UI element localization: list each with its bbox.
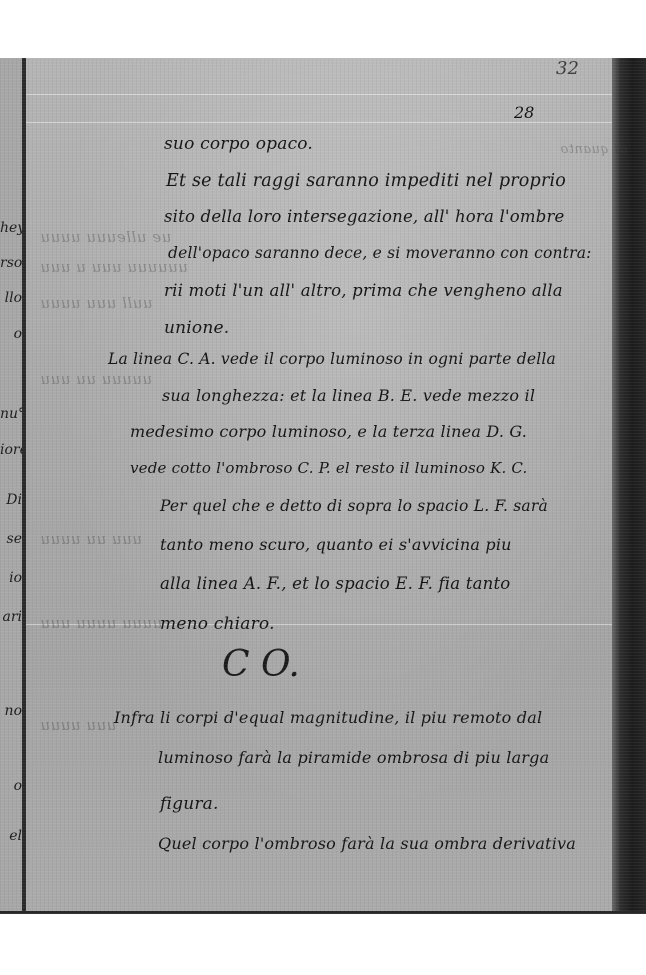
margin-fragment: llo [0,290,22,306]
margin-fragment: se [0,531,22,547]
text-line: tanto meno scuro, quanto ei s'avvicina p… [160,535,512,554]
margin-fragment: nu° [0,406,22,422]
margin-fragment: Di [0,492,22,508]
bleed-through-text: uuuuu uu uuu [40,370,152,388]
text-line: medesimo corpo luminoso, e la terza line… [130,422,527,441]
page-number: 28 [514,103,534,122]
text-line: La linea C. A. vede il corpo luminoso in… [108,350,556,368]
book-spine-shadow [612,58,646,914]
margin-fragment: iore [0,442,22,458]
bleed-through-text: uuuuuu uuu u uuu [40,258,188,276]
bleed-through-text: di quanto [560,142,627,157]
text-line: sito della loro intersegazione, all' hor… [164,207,565,226]
text-line: Et se tali raggi saranno impediti nel pr… [166,171,566,191]
bleed-through-text: uuuu uuuu uuu [40,614,162,632]
margin-fragment: ari [0,609,22,625]
margin-fragment: rso [0,255,22,271]
margin-fragment: no [0,703,22,719]
ruled-line [26,122,612,123]
text-line: unione. [164,318,229,338]
bleed-through-text: uuu uu uuuu [40,530,142,548]
text-line: Per quel che e detto di sopra lo spacio … [160,497,548,515]
text-line: luminoso farà la piramide ombrosa di piu… [158,748,549,767]
bleed-through-text: uull uuu uuuu [40,294,153,312]
text-line: meno chiaro. [160,614,275,634]
margin-fragment: o [0,326,22,342]
margin-fragment: o [0,778,22,794]
text-line: sua longhezza: et la linea B. E. vede me… [162,386,535,405]
text-line: alla linea A. F., et lo spacio E. F. fia… [160,574,510,593]
text-line: figura. [160,794,219,814]
margin-fragment: hey [0,220,22,236]
folio-number: 32 [556,58,579,79]
manuscript-scan: di quanto ue ulleuuu uuuu uuuuuu uuu u u… [0,58,646,914]
text-line: rii moti l'un all' altro, prima che veng… [164,281,563,300]
text-line: Infra li corpi d'equal magnitudine, il p… [114,708,542,727]
page-bottom-edge [0,911,646,914]
section-mark: C O. [222,644,300,685]
text-line: vede cotto l'ombroso C. P. el resto il l… [130,459,528,477]
text-line: Quel corpo l'ombroso farà la sua ombra d… [158,834,576,853]
text-line: dell'opaco saranno dece, e si moveranno … [168,244,592,262]
text-line: suo corpo opaco. [164,134,313,154]
margin-fragment: io [0,570,22,586]
ruled-line [26,94,612,95]
bleed-through-text: uuu uuuu [40,716,116,734]
margin-fragment: el [0,828,22,844]
bleed-through-text: ue ulleuuu uuuu [40,228,171,246]
gutter-binding-line [22,58,26,914]
